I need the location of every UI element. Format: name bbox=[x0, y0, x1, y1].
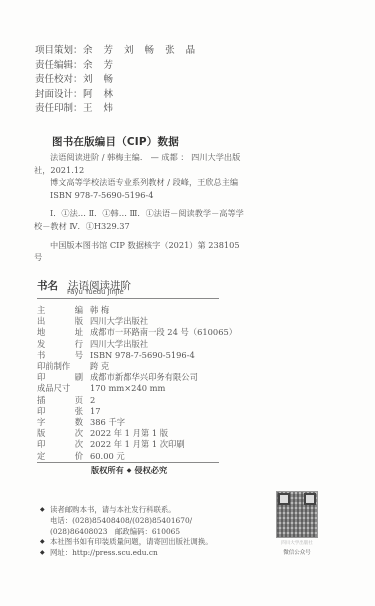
spec-row: 书号ISBN 978-7-5690-5196-4 bbox=[37, 350, 237, 361]
credit-value: 余 芳 bbox=[83, 59, 117, 74]
copyright-right: 侵权必究 bbox=[134, 465, 167, 475]
spec-label: 印刷 bbox=[37, 372, 90, 383]
diamond-bullet-icon: ◆ bbox=[40, 548, 50, 559]
diamond-bullet-icon: ◆ bbox=[40, 537, 50, 548]
spec-row: 成品尺寸170 mm×240 mm bbox=[37, 383, 237, 394]
spec-row: 版次2022 年 1 月第 1 版 bbox=[37, 428, 237, 439]
credit-row: 封面设计：阿 林 bbox=[35, 88, 199, 103]
spec-label: 成品尺寸 bbox=[37, 383, 90, 394]
copyright-page: 项目策划：余 芳 刘 畅 张 晶 责任编辑：余 芳 责任校对：刘 畅 封面设计：… bbox=[0, 0, 375, 606]
spec-row: 出版四川大学出版社 bbox=[37, 316, 237, 327]
spec-value: 17 bbox=[90, 406, 101, 417]
spec-label: 印次 bbox=[37, 439, 90, 450]
cip-line: 博文高等学校法语专业系列教材 / 段峰，王欣总主编 bbox=[34, 176, 249, 189]
spec-value: 成都市新都华兴印务有限公司 bbox=[90, 372, 198, 383]
spec-label: 地址 bbox=[37, 327, 90, 338]
note-phone: 电话：(028)85408408/(028)85401670/ bbox=[40, 516, 213, 527]
spec-label: 印前制作 bbox=[37, 361, 90, 372]
credit-row: 责任校对：刘 畅 bbox=[35, 73, 199, 88]
spec-value: 60.00 元 bbox=[90, 451, 125, 462]
book-name-header: 书名法语阅读进阶 Fayu Yuedu Jinjie bbox=[37, 274, 217, 293]
cip-line: Ⅰ．①法… Ⅱ．①韩… Ⅲ．①法语－阅读教学－高等学校－教材 Ⅳ．①H329.3… bbox=[34, 207, 249, 232]
spec-value: 2022 年 1 月第 1 版 bbox=[90, 428, 168, 439]
cip-line: ISBN 978-7-5690-5196-4 bbox=[34, 189, 249, 202]
credit-label: 封面设计： bbox=[35, 88, 83, 103]
credit-label: 责任印制： bbox=[35, 102, 83, 117]
note-text: 读者邮购本书，请与本社发行科联系。 bbox=[50, 505, 176, 516]
spec-label: 字数 bbox=[37, 417, 90, 428]
cip-line: 中国版本图书馆 CIP 数据核字（2021）第 238105 号 bbox=[34, 239, 249, 264]
spec-row: 印刷成都市新都华兴印务有限公司 bbox=[37, 372, 237, 383]
spec-value: 韩 梅 bbox=[90, 305, 109, 316]
spec-value: 跨 克 bbox=[90, 361, 109, 372]
spec-table: 主编韩 梅 出版四川大学出版社 地址成都市一环路南一段 24 号（610065）… bbox=[37, 305, 237, 462]
note-row: ◆本社图书如有印装质量问题，请寄回出版社调换。 bbox=[40, 537, 213, 548]
spec-row: 字数386 千字 bbox=[37, 417, 237, 428]
spec-row: 发行四川大学出版社 bbox=[37, 339, 237, 350]
spec-value: 成都市一环路南一段 24 号（610065） bbox=[90, 327, 237, 338]
diamond-icon: ◆ bbox=[127, 467, 132, 474]
qr-subtitle: 四川大学出版社 bbox=[276, 540, 318, 546]
credit-value: 余 芳 刘 畅 张 晶 bbox=[83, 44, 199, 59]
spec-value: 2 bbox=[90, 395, 95, 406]
spec-row: 主编韩 梅 bbox=[37, 305, 237, 316]
qr-caption: 微信公众号 bbox=[276, 548, 318, 556]
credits-block: 项目策划：余 芳 刘 畅 张 晶 责任编辑：余 芳 责任校对：刘 畅 封面设计：… bbox=[35, 44, 199, 117]
diamond-bullet-icon: ◆ bbox=[40, 505, 50, 516]
spec-row: 地址成都市一环路南一段 24 号（610065） bbox=[37, 327, 237, 338]
spec-row: 定价60.00 元 bbox=[37, 451, 237, 462]
credit-label: 责任编辑： bbox=[35, 59, 83, 74]
cip-line: 法语阅读进阶 / 韩梅主编． — 成都 ： 四川大学出版社，2021.12 bbox=[34, 151, 249, 176]
credit-value: 阿 林 bbox=[83, 88, 117, 103]
credit-row: 责任编辑：余 芳 bbox=[35, 59, 199, 74]
spec-value: ISBN 978-7-5690-5196-4 bbox=[90, 350, 195, 361]
cip-block: 法语阅读进阶 / 韩梅主编． — 成都 ： 四川大学出版社，2021.12 博文… bbox=[34, 151, 249, 264]
spec-row: 印次2022 年 1 月第 1 次印刷 bbox=[37, 439, 237, 450]
spec-label: 发行 bbox=[37, 339, 90, 350]
website-link: 网址：http://press.scu.edu.cn bbox=[50, 548, 158, 559]
credit-row: 项目策划：余 芳 刘 畅 张 晶 bbox=[35, 44, 199, 59]
spec-label: 书号 bbox=[37, 350, 90, 361]
note-row: ◆读者邮购本书，请与本社发行科联系。 bbox=[40, 505, 213, 516]
spec-value: 386 千字 bbox=[90, 417, 125, 428]
qr-code-icon bbox=[276, 491, 318, 538]
note-row: ◆网址：http://press.scu.edu.cn bbox=[40, 548, 213, 559]
spec-row: 印张17 bbox=[37, 406, 237, 417]
note-text: 本社图书如有印装质量问题，请寄回出版社调换。 bbox=[50, 537, 213, 548]
copyright-notice: 版权所有◆侵权必究 bbox=[91, 465, 167, 476]
book-pinyin: Fayu Yuedu Jinjie bbox=[67, 288, 124, 296]
copyright-left: 版权所有 bbox=[91, 465, 124, 475]
divider bbox=[37, 298, 219, 299]
spec-value: 170 mm×240 mm bbox=[90, 383, 165, 394]
divider bbox=[37, 462, 219, 463]
spec-label: 定价 bbox=[37, 451, 90, 462]
spec-label: 版次 bbox=[37, 428, 90, 439]
spec-value: 四川大学出版社 bbox=[90, 316, 148, 327]
spec-label: 插页 bbox=[37, 395, 90, 406]
spec-label: 印张 bbox=[37, 406, 90, 417]
cip-title: 图书在版编目（CIP）数据 bbox=[52, 134, 179, 149]
note-phone-postcode: (028)86408023 邮政编码：610065 bbox=[40, 527, 213, 538]
credit-label: 责任校对： bbox=[35, 73, 83, 88]
spec-label: 主编 bbox=[37, 305, 90, 316]
credit-value: 刘 畅 bbox=[83, 73, 117, 88]
spec-label: 出版 bbox=[37, 316, 90, 327]
spec-value: 2022 年 1 月第 1 次印刷 bbox=[90, 439, 185, 450]
reader-notes: ◆读者邮购本书，请与本社发行科联系。 电话：(028)85408408/(028… bbox=[40, 505, 213, 559]
spec-row: 插页2 bbox=[37, 395, 237, 406]
spec-row: 印前制作跨 克 bbox=[37, 361, 237, 372]
spec-value: 四川大学出版社 bbox=[90, 339, 148, 350]
book-name-label: 书名 bbox=[37, 280, 58, 292]
credit-label: 项目策划： bbox=[35, 44, 83, 59]
credit-value: 王 炜 bbox=[83, 102, 117, 117]
credit-row: 责任印制：王 炜 bbox=[35, 102, 199, 117]
